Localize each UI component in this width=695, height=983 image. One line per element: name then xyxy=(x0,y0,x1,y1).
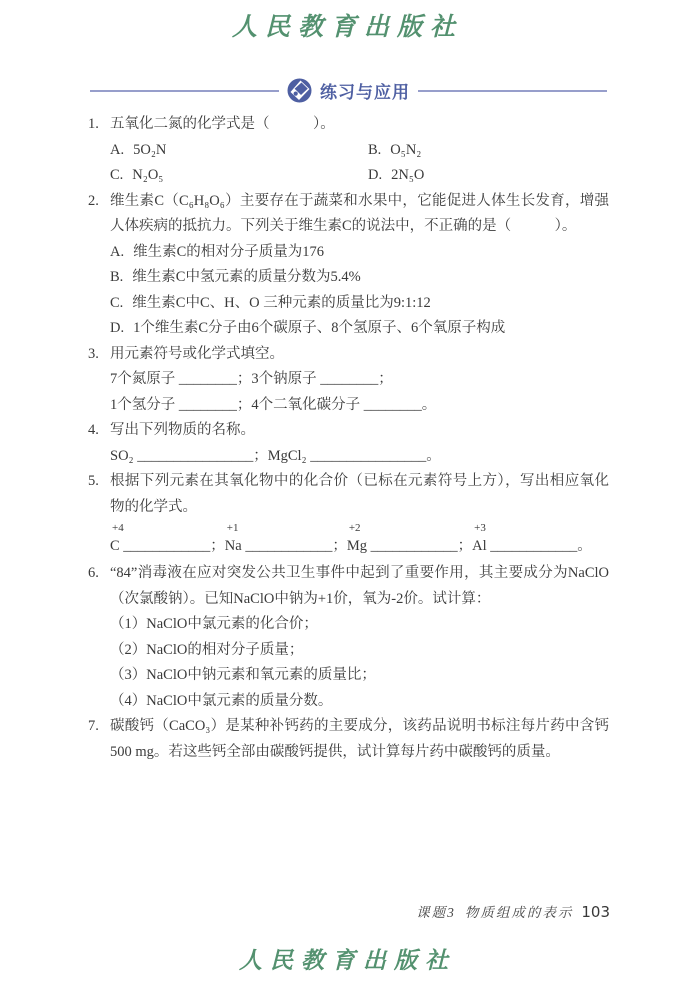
option-b: B.O₅N₂ xyxy=(368,138,609,164)
element-symbol: C xyxy=(110,538,120,554)
section-header: 练习与应用 xyxy=(90,78,607,103)
option-text: 1个维生素C分子由6个碳原子、8个氢原子、6个氧原子构成 xyxy=(133,320,505,336)
fill-blank: ____________ xyxy=(120,538,211,554)
option-text: N₂O₅ xyxy=(132,167,163,183)
element-symbol: Mg xyxy=(347,538,367,554)
fill-blank-line: 7个氮原子 ________；3个钠原子 ________； xyxy=(110,367,609,393)
question-text: 根据下列元素在其氧化物中的化合价（已标在元素符号上方），写出相应氧化物的化学式。 xyxy=(110,469,609,520)
question-text: “84”消毒液在应对突发公共卫生事件中起到了重要作用，其主要成分为NaClO（次… xyxy=(110,561,609,612)
element-symbol: Al xyxy=(472,538,487,554)
header-rule-left xyxy=(90,90,279,92)
valence-group-aluminium: +3 Al ____________。 xyxy=(472,522,592,557)
option-label: B. xyxy=(368,142,381,158)
option-label: C. xyxy=(110,295,123,311)
option-label: A. xyxy=(110,142,124,158)
option-a: A.维生素C的相对分子质量为176 xyxy=(110,240,609,266)
question-number: 7. xyxy=(88,714,110,765)
question-2: 2. 维生素C（C₆H₈O₆）主要存在于蔬菜和水果中，它能促进人体生长发育，增强… xyxy=(88,189,609,342)
question-3: 3. 用元素符号或化学式填空。 7个氮原子 ________；3个钠原子 ___… xyxy=(88,342,609,419)
fill-blank: ____________ xyxy=(242,538,333,554)
question-number: 4. xyxy=(88,418,110,469)
valence-row: +4 C ____________； +1 Na ____________； +… xyxy=(110,522,609,557)
fill-blank-line: 1个氢分子 ________；4个二氧化碳分子 ________。 xyxy=(110,393,609,419)
option-text: 维生素C中C、H、O 三种元素的质量比为9:1:12 xyxy=(132,295,430,311)
fill-blank: ____________ xyxy=(367,538,458,554)
header-rule-right xyxy=(418,90,607,92)
question-6: 6. “84”消毒液在应对突发公共卫生事件中起到了重要作用，其主要成分为NaCl… xyxy=(88,561,609,714)
question-number: 3. xyxy=(88,342,110,419)
question-text: 用元素符号或化学式填空。 xyxy=(110,342,609,368)
option-text: O₅N₂ xyxy=(390,142,421,158)
question-4: 4. 写出下列物质的名称。 SO₂ ________________；MgCl₂… xyxy=(88,418,609,469)
option-label: A. xyxy=(110,244,124,260)
gem-circle-icon xyxy=(287,78,312,103)
option-text: 5O₂N xyxy=(133,142,166,158)
sub-question-2: （2）NaClO的相对分子质量； xyxy=(110,638,609,664)
sub-question-4: （4）NaClO中氯元素的质量分数。 xyxy=(110,689,609,715)
question-text: 碳酸钙（CaCO₃）是某种补钙药的主要成分，该药品说明书标注每片药中含钙500 … xyxy=(110,714,609,765)
question-number: 5. xyxy=(88,469,110,561)
options-grid: A.5O₂N B.O₅N₂ C.N₂O₅ D.2N₅O xyxy=(110,138,609,189)
question-number: 2. xyxy=(88,189,110,342)
element-symbol: Na xyxy=(225,538,242,554)
option-d: D.2N₅O xyxy=(368,163,609,189)
separator: ； xyxy=(210,538,225,554)
option-label: D. xyxy=(368,167,382,183)
valence-label: +4 xyxy=(110,522,225,535)
footer-chapter: 课题3 xyxy=(416,905,456,920)
exercise-list: 1. 五氧化二氮的化学式是（ ）。 A.5O₂N B.O₅N₂ C.N₂O₅ D… xyxy=(88,112,609,765)
publisher-logo-bottom: 人民教育出版社 xyxy=(0,942,695,975)
publisher-logo-top: 人民教育出版社 xyxy=(0,7,695,43)
textbook-page: 人民教育出版社 练习与应用 1. 五氧化二氮的化学式是（ ）。 A.5O₂N B… xyxy=(0,0,695,983)
option-text: 维生素C中氢元素的质量分数为5.4% xyxy=(132,269,360,285)
option-b: B.维生素C中氢元素的质量分数为5.4% xyxy=(110,265,609,291)
valence-group-carbon: +4 C ____________； xyxy=(110,522,225,557)
valence-label: +1 xyxy=(225,522,347,535)
footer-page-number: 103 xyxy=(581,903,610,921)
option-text: 维生素C的相对分子质量为176 xyxy=(133,244,324,260)
option-text: 2N₅O xyxy=(391,167,424,183)
sub-question-1: （1）NaClO中氯元素的化合价； xyxy=(110,612,609,638)
valence-label: +3 xyxy=(472,522,592,535)
valence-group-sodium: +1 Na ____________； xyxy=(225,522,347,557)
option-label: B. xyxy=(110,269,123,285)
question-5: 5. 根据下列元素在其氧化物中的化合价（已标在元素符号上方），写出相应氧化物的化… xyxy=(88,469,609,561)
option-d: D.1个维生素C分子由6个碳原子、8个氢原子、6个氧原子构成 xyxy=(110,316,609,342)
question-number: 1. xyxy=(88,112,110,189)
fill-blank: ____________ xyxy=(487,538,578,554)
separator: 。 xyxy=(577,538,592,554)
option-label: C. xyxy=(110,167,123,183)
option-a: A.5O₂N xyxy=(110,138,368,164)
question-number: 6. xyxy=(88,561,110,714)
option-c: C.N₂O₅ xyxy=(110,163,368,189)
fill-blank-line: SO₂ ________________；MgCl₂ _____________… xyxy=(110,444,609,470)
valence-group-magnesium: +2 Mg ____________； xyxy=(347,522,472,557)
option-label: D. xyxy=(110,320,124,336)
question-7: 7. 碳酸钙（CaCO₃）是某种补钙药的主要成分，该药品说明书标注每片药中含钙5… xyxy=(88,714,609,765)
valence-label: +2 xyxy=(347,522,472,535)
separator: ； xyxy=(458,538,473,554)
question-text: 五氧化二氮的化学式是（ ）。 xyxy=(110,112,609,138)
question-text: 维生素C（C₆H₈O₆）主要存在于蔬菜和水果中，它能促进人体生长发育，增强人体疾… xyxy=(110,189,609,240)
option-c: C.维生素C中C、H、O 三种元素的质量比为9:1:12 xyxy=(110,291,609,317)
section-title: 练习与应用 xyxy=(320,78,410,103)
question-text: 写出下列物质的名称。 xyxy=(110,418,609,444)
question-1: 1. 五氧化二氮的化学式是（ ）。 A.5O₂N B.O₅N₂ C.N₂O₅ D… xyxy=(88,112,609,189)
separator: ； xyxy=(332,538,347,554)
footer-section-title: 物质组成的表示 xyxy=(465,905,574,920)
page-footer: 课题3物质组成的表示103 xyxy=(416,901,610,921)
sub-question-3: （3）NaClO中钠元素和氧元素的质量比； xyxy=(110,663,609,689)
